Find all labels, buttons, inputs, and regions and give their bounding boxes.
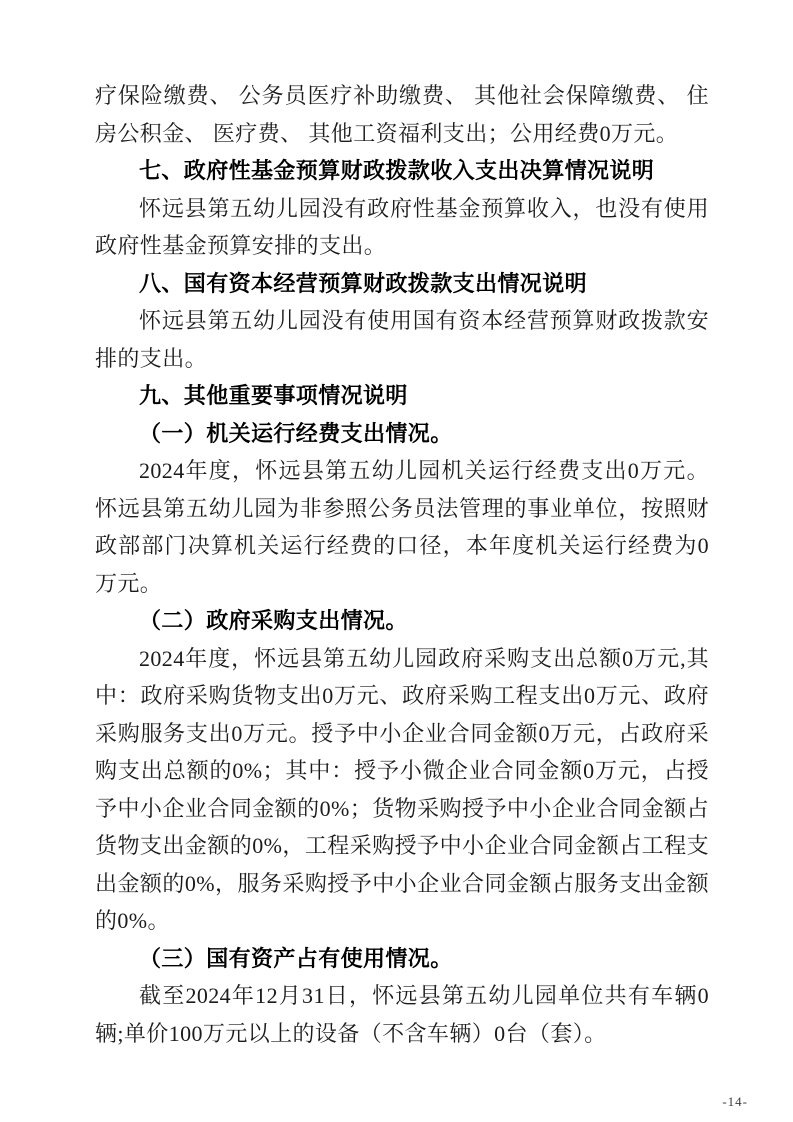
document-page: 疗保险缴费、 公务员医疗补助缴费、 其他社会保障缴费、 住房公积金、 医疗费、 … (0, 0, 793, 1122)
paragraph-govt-fund-budget: 怀远县第五幼儿园没有政府性基金预算收入，也没有使用政府性基金预算安排的支出。 (95, 190, 709, 265)
subheading-government-procurement: （二）政府采购支出情况。 (95, 602, 709, 640)
paragraph-government-procurement: 2024年度，怀远县第五幼儿园政府采购支出总额0万元,其中：政府采购货物支出0万… (95, 640, 709, 940)
paragraph-operating-expenses: 2024年度，怀远县第五幼儿园机关运行经费支出0万元。怀远县第五幼儿园为非参照公… (95, 452, 709, 602)
subheading-operating-expenses: （一）机关运行经费支出情况。 (95, 415, 709, 453)
paragraph-welfare-expense-continued: 疗保险缴费、 公务员医疗补助缴费、 其他社会保障缴费、 住房公积金、 医疗费、 … (95, 77, 709, 152)
heading-section-nine-other-important-matters: 九、其他重要事项情况说明 (95, 377, 709, 415)
heading-section-eight-state-capital-budget: 八、国有资本经营预算财政拨款支出情况说明 (95, 265, 709, 303)
paragraph-state-assets-usage: 截至2024年12月31日，怀远县第五幼儿园单位共有车辆0辆;单价100万元以上… (95, 977, 709, 1052)
page-number: -14- (722, 1094, 748, 1110)
paragraph-state-capital-budget: 怀远县第五幼儿园没有使用国有资本经营预算财政拨款安排的支出。 (95, 302, 709, 377)
heading-section-seven-govt-fund-budget: 七、政府性基金预算财政拨款收入支出决算情况说明 (95, 152, 709, 190)
subheading-state-assets-usage: （三）国有资产占有使用情况。 (95, 940, 709, 978)
document-body: 疗保险缴费、 公务员医疗补助缴费、 其他社会保障缴费、 住房公积金、 医疗费、 … (95, 77, 709, 1052)
